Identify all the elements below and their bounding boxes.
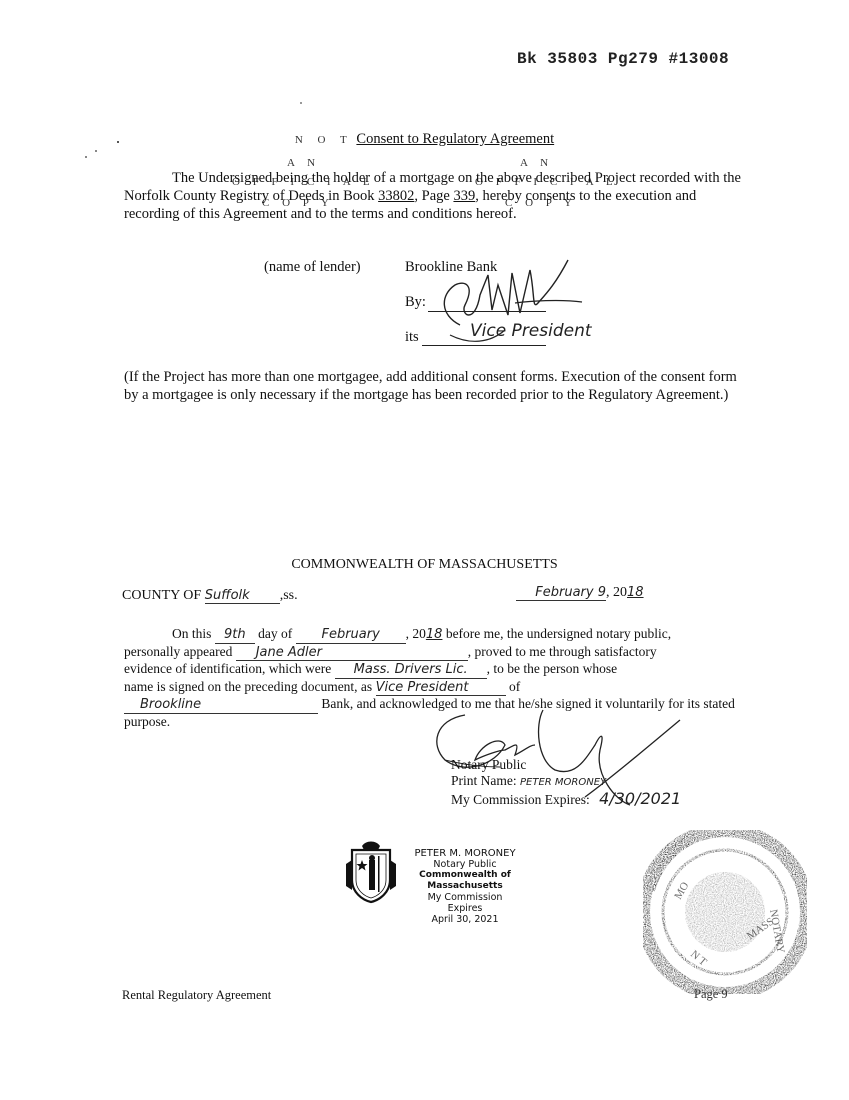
watermark-an: A N (287, 157, 320, 169)
its-handwritten-value: Vice President (470, 321, 592, 341)
notary-stamp-text: PETER M. MORONEY Notary Public Commonwea… (410, 848, 520, 925)
county-value: Suffolk (205, 588, 280, 604)
stamp-notary-name: PETER M. MORONEY (410, 848, 520, 859)
print-name-value: PETER MORONEY (520, 777, 606, 788)
page-number: 339 (453, 188, 475, 204)
scan-speck (85, 156, 87, 158)
svg-text:NOTARY: NOTARY (767, 908, 787, 954)
its-label: its (405, 329, 419, 346)
watermark-not: N O T (295, 134, 353, 146)
consent-title: N O T Consent to Regulatory Agreement (0, 131, 849, 148)
commission-row: My Commission Expires: 4/30/2021 (451, 791, 681, 808)
lender-label: (name of lender) (264, 259, 361, 276)
county-line: COUNTY OF Suffolk,ss. (122, 588, 298, 604)
embossed-notary-seal: MO MASS NOTARY N T (630, 820, 820, 1005)
signature-line (428, 311, 546, 312)
massachusetts-shield-icon (338, 840, 404, 906)
book-number: 33802 (378, 188, 414, 204)
year-value: 18 (426, 627, 443, 642)
mortgagee-note: (If the Project has more than one mortga… (124, 368, 744, 404)
month-value: February (296, 627, 406, 644)
consent-title-text: Consent to Regulatory Agreement (356, 131, 554, 147)
footer-page-number: Page 9 (694, 987, 728, 1002)
scan-speck (95, 150, 97, 152)
scan-speck (300, 102, 302, 104)
identification-value: Mass. Drivers Lic. (335, 662, 487, 679)
day-value: 9th (215, 627, 255, 644)
date-year-value: 18 (627, 585, 644, 600)
person-name-value: Jane Adler (236, 645, 468, 662)
county-date: February 9, 2018 (516, 585, 644, 601)
watermark-an: A N (520, 157, 553, 169)
title-line (422, 345, 546, 346)
date-month-value: February 9 (516, 585, 606, 601)
by-label: By: (405, 294, 426, 311)
acknowledgment-paragraph: On this 9th day of February, 2018 before… (124, 626, 744, 729)
notary-block: Notary Public Print Name: PETER MORONEY … (451, 757, 681, 808)
consent-paragraph: The Undersigned being the holder of a mo… (124, 169, 744, 223)
signer-title-value: Vice President (376, 680, 506, 697)
bank-value: Brookline (124, 697, 318, 714)
commission-value: 4/30/2021 (599, 789, 681, 808)
notary-public-label: Notary Public (451, 757, 681, 773)
footer-document-title: Rental Regulatory Agreement (122, 988, 271, 1003)
lender-name: Brookline Bank (405, 259, 497, 276)
commonwealth-heading: COMMONWEALTH OF MASSACHUSETTS (0, 557, 849, 573)
recording-stamp: Bk 35803 Pg279 #13008 (517, 50, 729, 68)
